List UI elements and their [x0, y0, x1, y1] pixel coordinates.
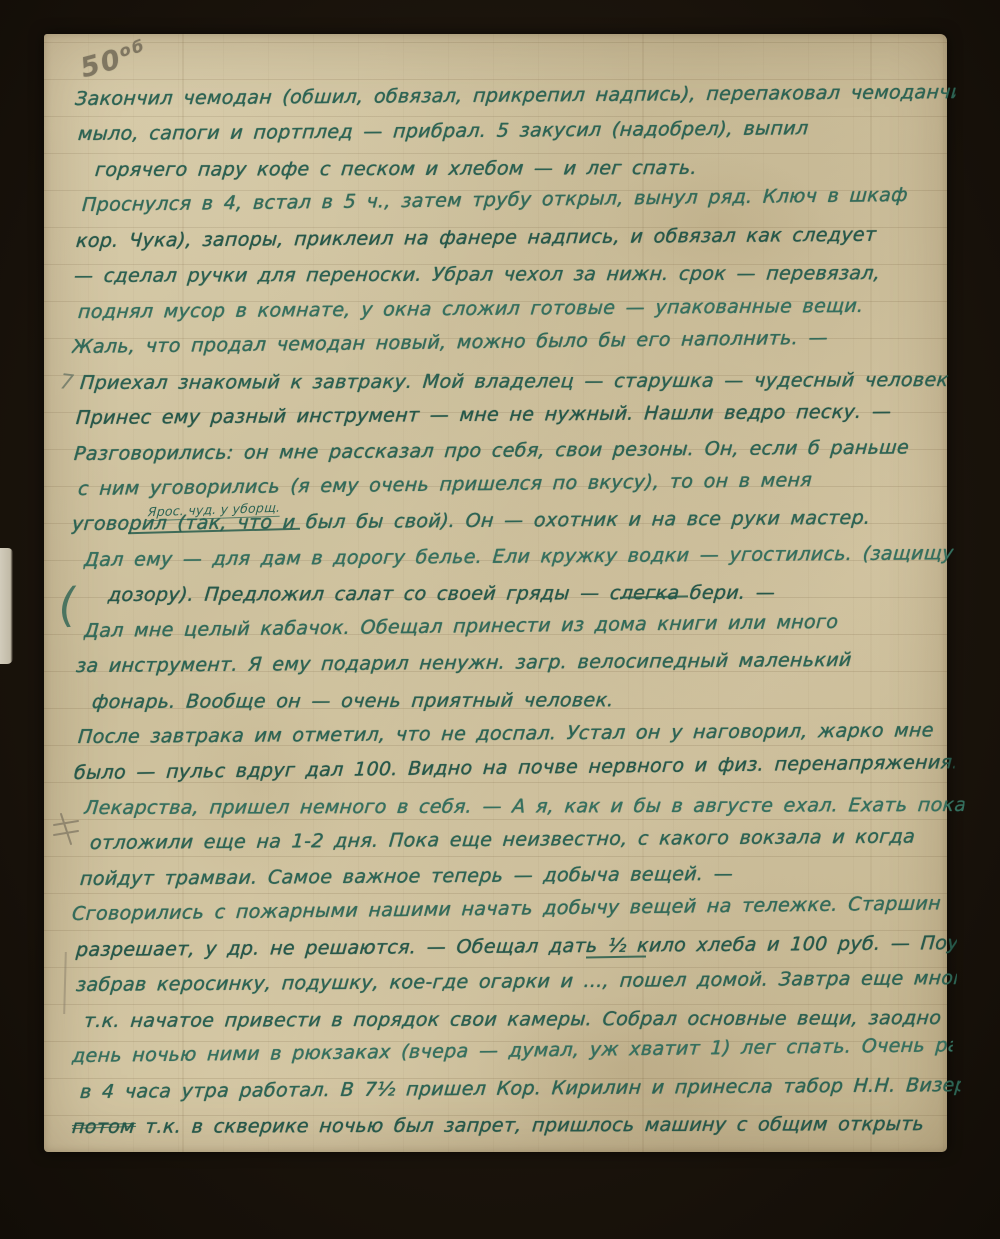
manuscript-line: Разговорились: он мне рассказал про себя… — [73, 436, 910, 466]
manuscript-line-text: отложили еще на 1-2 дня. Пока еще неизве… — [89, 826, 916, 854]
manuscript-line-text: Разговорились: он мне рассказал про себя… — [73, 436, 910, 465]
manuscript-line-text: день ночью ними в рюкзаках (вчера — дума… — [71, 1034, 953, 1067]
manuscript-line: день ночью ними в рюкзаках (вчера — дума… — [71, 1034, 953, 1068]
manuscript-line-text: Сговорились с пожарными нашими начать до… — [71, 893, 941, 926]
manuscript-line-text: пойдут трамваи. Самое важное теперь — до… — [79, 863, 734, 890]
manuscript-line: — сделал ручки для переноски. Убрал чехо… — [73, 262, 881, 288]
manuscript-line-text: Дал ему — для дам в дорогу белье. Ели кр… — [83, 542, 954, 571]
manuscript-line: отложили еще на 1-2 дня. Пока еще неизве… — [89, 826, 916, 855]
manuscript-line: фонарь. Вообще он — очень приятный челов… — [91, 689, 615, 714]
manuscript-line-text: мыло, сапоги и портплед — прибрал. 5 зак… — [77, 118, 809, 146]
manuscript-line: Приехал знакомый к завтраку. Мой владеле… — [79, 369, 949, 395]
manuscript-line: Сговорились с пожарными нашими начать до… — [71, 893, 941, 927]
manuscript-line-text: фонарь. Вообще он — очень приятный челов… — [91, 689, 615, 713]
margin-ink-bracket: ( — [56, 581, 77, 628]
manuscript-line-text: Дал мне целый кабачок. Обещал принести и… — [83, 611, 839, 642]
manuscript-line: Дал мне целый кабачок. Обещал принести и… — [83, 611, 839, 643]
manuscript-line: в 4 часа утра работал. В 7½ пришел Кор. … — [79, 1074, 961, 1104]
manuscript-line: пойдут трамваи. Самое важное теперь — до… — [79, 863, 734, 891]
manuscript-line: потом т.к. в скверике ночью был запрет, … — [71, 1113, 925, 1139]
manuscript-line-text: кор. Чука), запоры, приклеил на фанере н… — [75, 224, 877, 252]
manuscript-line-text: Жаль, что продал чемодан новый, можно бы… — [71, 327, 828, 358]
manuscript-line-text: Проснулся в 4, встал в 5 ч., затем трубу… — [81, 184, 908, 216]
manuscript-line-text: забрав керосинку, подушку, кое-где огарк… — [75, 967, 957, 996]
manuscript-line: кор. Чука), запоры, приклеил на фанере н… — [75, 224, 877, 253]
manuscript-line-text: с ним уговорились (я ему очень пришелся … — [77, 469, 812, 500]
manuscript-line-text: потом т.к. в скверике ночью был запрет, … — [71, 1113, 925, 1138]
manuscript-line: Принес ему разный инструмент — мне не ну… — [75, 401, 892, 430]
manuscript-line-text: т.к. начатое привести в порядок свои кам… — [83, 1007, 942, 1032]
manuscript-line-text: горячего пару кофе с песком и хлебом — и… — [94, 157, 698, 181]
manuscript-line: с ним уговорились (я ему очень пришелся … — [77, 469, 813, 501]
margin-hash-icon — [52, 812, 80, 850]
manuscript-line-text: После завтрака им отметил, что не доспал… — [77, 719, 934, 748]
manuscript-line-text: разрешает, у др. не решаются. — Обещал д… — [75, 932, 957, 961]
manuscript-line: После завтрака им отметил, что не доспал… — [77, 719, 935, 749]
manuscript-line: Проснулся в 4, встал в 5 ч., затем трубу… — [81, 184, 908, 217]
manuscript-line-text: Приехал знакомый к завтраку. Мой владеле… — [79, 369, 949, 394]
manuscript-lines: Закончил чемодан (обшил, обвязал, прикре… — [44, 34, 947, 1152]
manuscript-line-text: поднял мусор в комнате, у окна сложил го… — [77, 295, 864, 323]
manuscript-line-text: Принес ему разный инструмент — мне не ну… — [75, 401, 892, 429]
manuscript-line: мыло, сапоги и портплед — прибрал. 5 зак… — [77, 118, 809, 147]
manuscript-line-text: за инструмент. Я ему подарил ненужн. заг… — [75, 649, 852, 677]
manuscript-line: было — пульс вдруг дал 100. Видно на поч… — [73, 751, 955, 785]
manuscript-line: забрав керосинку, подушку, кое-где огарк… — [75, 967, 957, 997]
manuscript-line: т.к. начатое привести в порядок свои кам… — [83, 1007, 942, 1033]
manuscript-line-text: Закончил чемодан (обшил, обвязал, прикре… — [74, 81, 956, 110]
manuscript-line-text: — сделал ручки для переноски. Убрал чехо… — [73, 262, 881, 287]
manuscript-line: Жаль, что продал чемодан новый, можно бы… — [71, 327, 828, 359]
manuscript-line: разрешает, у др. не решаются. — Обещал д… — [75, 932, 957, 962]
adjacent-page-edge — [0, 548, 13, 664]
manuscript-line: поднял мусор в комнате, у окна сложил го… — [77, 295, 864, 324]
manuscript-line-text: Лекарства, пришел немного в себя. — А я,… — [83, 794, 965, 819]
manuscript-line-text: в 4 часа утра работал. В 7½ пришел Кор. … — [79, 1074, 961, 1103]
manuscript-line: Дал ему — для дам в дорогу белье. Ели кр… — [83, 542, 955, 572]
manuscript-line: горячего пару кофе с песком и хлебом — и… — [94, 157, 698, 182]
manuscript-line-text: дозору). Предложил салат со своей гряды … — [107, 582, 776, 606]
manuscript-line-text: было — пульс вдруг дал 100. Видно на поч… — [73, 751, 955, 784]
manuscript-line: за инструмент. Я ему подарил ненужн. заг… — [75, 649, 852, 678]
manuscript-line: Лекарства, пришел немного в себя. — А я,… — [83, 794, 965, 820]
manuscript-line: Закончил чемодан (обшил, обвязал, прикре… — [74, 81, 956, 111]
manuscript-page: 50об Закончил чемодан (обшил, обвязал, п… — [44, 34, 947, 1152]
